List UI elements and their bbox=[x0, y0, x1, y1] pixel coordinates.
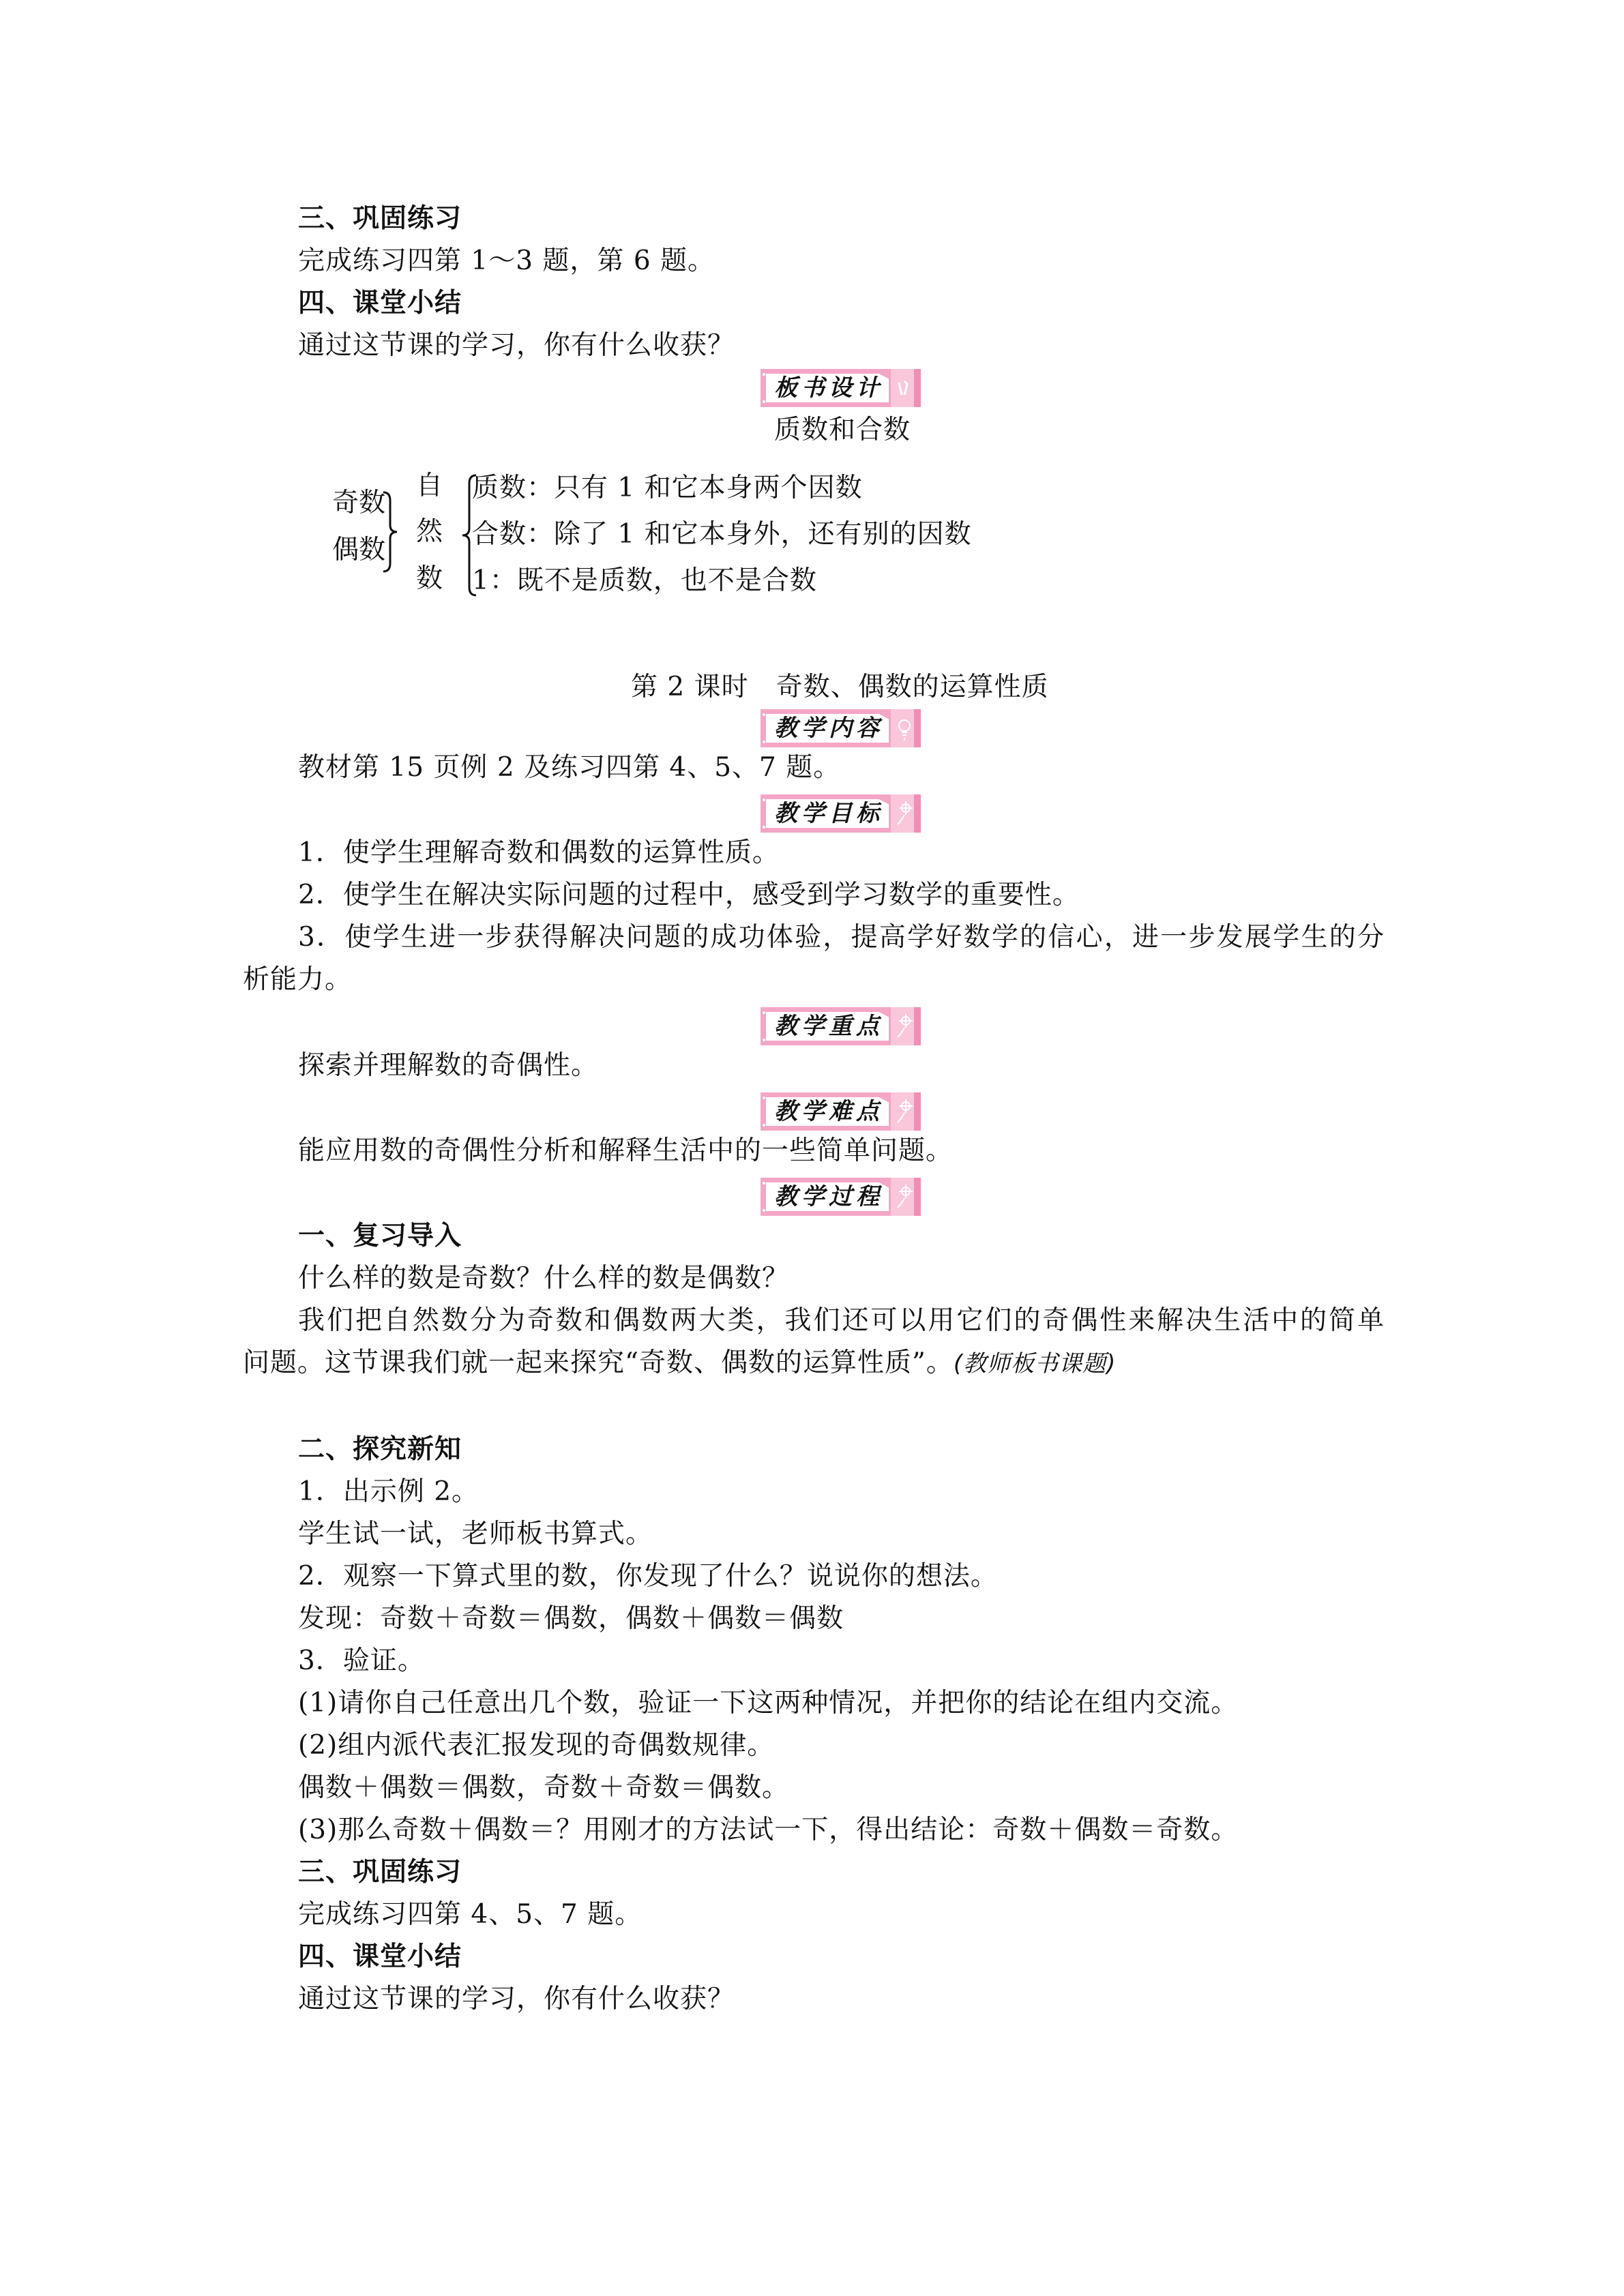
explore-item: 偶数＋偶数＝偶数，奇数＋奇数＝偶数。 bbox=[298, 1772, 789, 1804]
summary-text: 通过这节课的学习，你有什么收获？ bbox=[298, 330, 735, 361]
goal-3-continued: 析能力。 bbox=[243, 964, 352, 996]
consolidation-text: 完成练习四第 1～3 题，第 6 题。 bbox=[298, 245, 715, 277]
vertical-char-3: 数 bbox=[416, 563, 443, 595]
badge-label: 教学难点 bbox=[769, 1097, 889, 1127]
branch-one: 1：既不是质数，也不是合数 bbox=[472, 565, 817, 597]
target-arrow-icon bbox=[895, 1013, 914, 1040]
branch-composite: 合数：除了 1 和它本身外，还有别的因数 bbox=[472, 519, 972, 550]
badge-teaching-key: 教学重点 bbox=[761, 1007, 921, 1045]
section-heading-explore: 二、探究新知 bbox=[298, 1434, 462, 1465]
left-group-odd: 奇数 bbox=[332, 488, 385, 519]
explore-item: 3．验证。 bbox=[298, 1645, 425, 1677]
goal-2: 2．使学生在解决实际问题的过程中，感受到学习数学的重要性。 bbox=[298, 880, 1080, 911]
review-paragraph-line1: 我们把自然数分为奇数和偶数两大类，我们还可以用它们的奇偶性来解决生活中的简单 bbox=[298, 1305, 1385, 1337]
review-question: 什么样的数是奇数？什么样的数是偶数？ bbox=[298, 1263, 789, 1294]
lightbulb-icon bbox=[895, 715, 914, 742]
target-arrow-icon bbox=[895, 1098, 914, 1125]
branch-prime: 质数：只有 1 和它本身两个因数 bbox=[472, 473, 863, 504]
target-arrow-icon bbox=[895, 1183, 914, 1210]
goal-3: 3．使学生进一步获得解决问题的成功体验，提高学好数学的信心，进一步发展学生的分 bbox=[298, 922, 1385, 953]
badge-label: 教学过程 bbox=[769, 1182, 889, 1212]
review-paragraph-text: 问题。这节课我们就一起来探究“奇数、偶数的运算性质”。 bbox=[243, 1347, 954, 1378]
badge-teaching-content: 教学内容 bbox=[761, 709, 921, 747]
section-heading-summary: 四、课堂小结 bbox=[298, 288, 462, 319]
target-arrow-icon bbox=[895, 800, 914, 827]
goal-1: 1．使学生理解奇数和偶数的运算性质。 bbox=[298, 837, 780, 869]
vertical-char-1: 自 bbox=[416, 471, 443, 502]
explore-item: (1)请你自己任意出几个数，验证一下这两种情况，并把你的结论在组内交流。 bbox=[298, 1688, 1238, 1719]
badge-teaching-difficulty: 教学难点 bbox=[761, 1092, 921, 1131]
explore-item: (2)组内派代表汇报发现的奇偶数规律。 bbox=[298, 1730, 774, 1761]
explore-item: (3)那么奇数＋偶数＝？用刚才的方法试一下，得出结论：奇数＋偶数＝奇数。 bbox=[298, 1815, 1238, 1846]
badge-board-design: 板书设计 bbox=[761, 369, 921, 407]
badge-label: 教学内容 bbox=[769, 713, 889, 743]
teacher-note: (教师板书课题) bbox=[954, 1350, 1117, 1377]
explore-item: 发现：奇数＋奇数＝偶数，偶数＋偶数＝偶数 bbox=[298, 1603, 844, 1635]
board-caption: 质数和合数 bbox=[761, 415, 924, 446]
content-text: 教材第 15 页例 2 及练习四第 4、5、7 题。 bbox=[298, 752, 840, 784]
explore-item: 2．观察一下算式里的数，你发现了什么？说说你的想法。 bbox=[298, 1561, 998, 1592]
left-group-even: 偶数 bbox=[332, 535, 385, 566]
explore-item: 学生试一试，老师板书算式。 bbox=[298, 1519, 653, 1550]
badge-label: 教学目标 bbox=[769, 799, 889, 829]
section-heading-consolidation: 三、巩固练习 bbox=[298, 203, 462, 235]
vertical-char-2: 然 bbox=[416, 516, 443, 548]
summary-text-2: 通过这节课的学习，你有什么收获？ bbox=[298, 1984, 735, 2015]
lesson-title: 第 2 课时 奇数、偶数的运算性质 bbox=[631, 672, 1049, 703]
badge-label: 教学重点 bbox=[769, 1011, 889, 1041]
badge-label: 板书设计 bbox=[769, 373, 889, 403]
pencil-icon bbox=[895, 374, 914, 402]
badge-teaching-process: 教学过程 bbox=[761, 1178, 921, 1216]
explore-item: 1．出示例 2。 bbox=[298, 1476, 479, 1508]
key-text: 探索并理解数的奇偶性。 bbox=[298, 1050, 598, 1082]
section-heading-summary-2: 四、课堂小结 bbox=[298, 1941, 462, 1973]
review-paragraph-line2: 问题。这节课我们就一起来探究“奇数、偶数的运算性质”。(教师板书课题) bbox=[243, 1347, 1116, 1380]
consolidation-text-2: 完成练习四第 4、5、7 题。 bbox=[298, 1899, 642, 1930]
section-heading-review: 一、复习导入 bbox=[298, 1221, 462, 1252]
badge-teaching-goals: 教学目标 bbox=[761, 794, 921, 833]
right-brace-icon bbox=[382, 491, 398, 573]
section-heading-consolidation-2: 三、巩固练习 bbox=[298, 1857, 462, 1888]
difficulty-text: 能应用数的奇偶性分析和解释生活中的一些简单问题。 bbox=[298, 1135, 953, 1167]
